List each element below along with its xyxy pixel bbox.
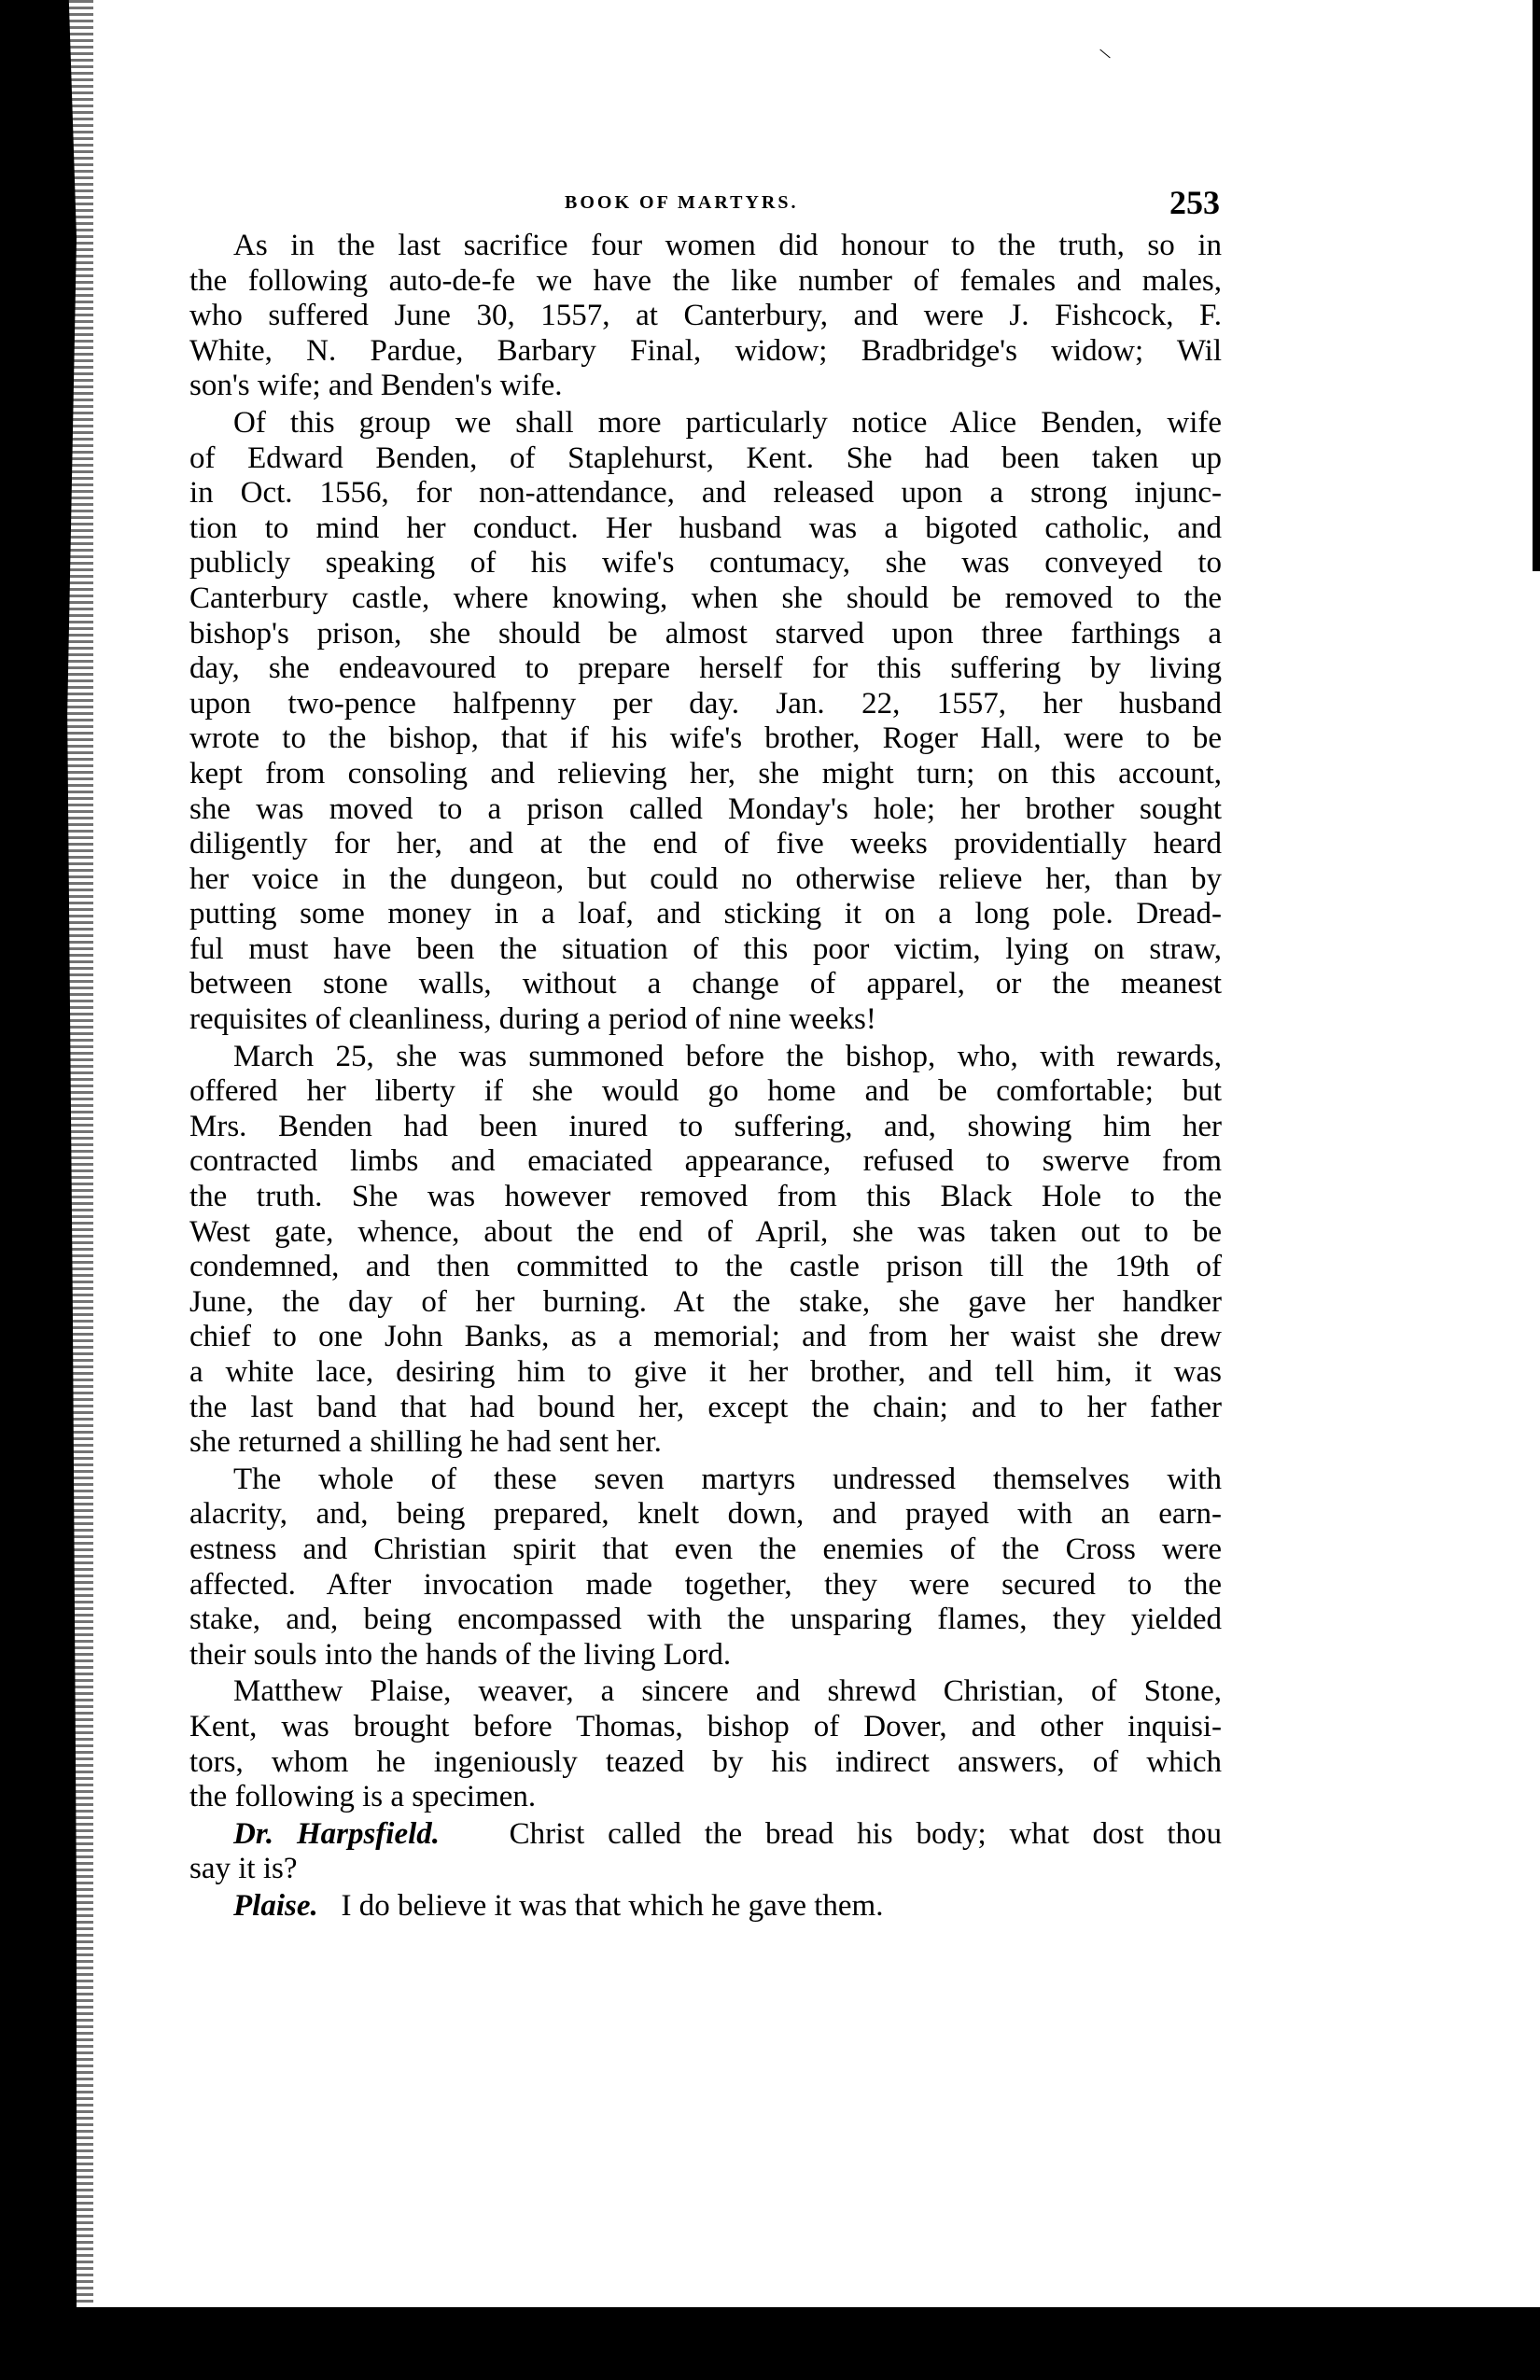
text-line: Plaise. I do believe it was that which h… xyxy=(189,1889,1222,1925)
paragraph-alice-benden: Of this group we shall more particularly… xyxy=(189,406,1222,1038)
text-line: White, N. Pardue, Barbary Final, widow; … xyxy=(189,334,1222,370)
body-text: As in the last sacrifice four women did … xyxy=(189,229,1222,1926)
text-line: diligently for her, and at the end of fi… xyxy=(189,827,1222,862)
text-line: contracted limbs and emaciated appearanc… xyxy=(189,1144,1222,1180)
speech-text: Christ called the bread his body; what d… xyxy=(510,1817,1222,1851)
dialogue-plaise: Plaise. I do believe it was that which h… xyxy=(189,1889,1222,1925)
running-title: BOOK OF MARTYRS. xyxy=(565,192,798,214)
page-edge-shadow-bottom xyxy=(0,2307,1540,2380)
text-line: Mrs. Benden had been inured to suffering… xyxy=(189,1110,1222,1145)
text-line: West gate, whence, about the end of Apri… xyxy=(189,1215,1222,1251)
running-head: BOOK OF MARTYRS. 253 xyxy=(187,183,1223,220)
text-line: who suffered June 30, 1557, at Canterbur… xyxy=(189,299,1222,334)
paragraph-march-25: March 25, she was summoned before the bi… xyxy=(189,1040,1222,1461)
text-line: Of this group we shall more particularly… xyxy=(189,406,1222,441)
text-line: the last band that had bound her, except… xyxy=(189,1391,1222,1426)
text-line: she was moved to a prison called Monday'… xyxy=(189,792,1222,828)
text-line: bishop's prison, she should be almost st… xyxy=(189,617,1222,652)
text-line: alacrity, and, being prepared, knelt dow… xyxy=(189,1497,1222,1533)
text-line: a white lace, desiring him to give it he… xyxy=(189,1355,1222,1391)
text-line: of Edward Benden, of Staplehurst, Kent. … xyxy=(189,441,1222,477)
text-line: stake, and, being encompassed with the u… xyxy=(189,1603,1222,1638)
text-line: offered her liberty if she would go home… xyxy=(189,1074,1222,1110)
text-line: June, the day of her burning. At the sta… xyxy=(189,1285,1222,1321)
text-line: Dr. Harpsfield. Christ called the bread … xyxy=(189,1817,1222,1853)
text-line: Kent, was brought before Thomas, bishop … xyxy=(189,1710,1222,1745)
text-line: tion to mind her conduct. Her husband wa… xyxy=(189,511,1222,547)
text-line: publicly speaking of his wife's contumac… xyxy=(189,546,1222,581)
text-line: Matthew Plaise, weaver, a sincere and sh… xyxy=(189,1674,1222,1710)
text-line: day, she endeavoured to prepare herself … xyxy=(189,651,1222,687)
text-line: the following is a specimen. xyxy=(189,1780,1222,1815)
text-line: in Oct. 1556, for non-attendance, and re… xyxy=(189,476,1222,511)
text-line: say it is? xyxy=(189,1852,1222,1887)
text-line: The whole of these seven martyrs undress… xyxy=(189,1463,1222,1498)
text-line: estness and Christian spirit that even t… xyxy=(189,1533,1222,1568)
text-line: As in the last sacrifice four women did … xyxy=(189,229,1222,264)
text-line: affected. After invocation made together… xyxy=(189,1568,1222,1603)
text-line: March 25, she was summoned before the bi… xyxy=(189,1040,1222,1075)
text-line: wrote to the bishop, that if his wife's … xyxy=(189,721,1222,757)
paragraph-matthew-plaise: Matthew Plaise, weaver, a sincere and sh… xyxy=(189,1674,1222,1814)
text-line: kept from consoling and relieving her, s… xyxy=(189,757,1222,792)
text-line: their souls into the hands of the living… xyxy=(189,1638,1222,1673)
binding-edge-fringe xyxy=(65,0,93,2305)
paragraph-seven-martyrs: The whole of these seven martyrs undress… xyxy=(189,1463,1222,1673)
scan-mark xyxy=(1099,49,1110,59)
text-line: chief to one John Banks, as a memorial; … xyxy=(189,1320,1222,1355)
text-line: condemned, and then committed to the cas… xyxy=(189,1250,1222,1285)
text-line: Canterbury castle, where knowing, when s… xyxy=(189,581,1222,617)
text-line: tors, whom he ingeniously teazed by his … xyxy=(189,1745,1222,1781)
text-line: putting some money in a loaf, and sticki… xyxy=(189,897,1222,932)
text-line: between stone walls, without a change of… xyxy=(189,967,1222,1002)
speaker-name: Dr. Harpsfield. xyxy=(233,1817,440,1851)
text-line: upon two-pence halfpenny per day. Jan. 2… xyxy=(189,687,1222,722)
text-line: requisites of cleanliness, during a peri… xyxy=(189,1002,1222,1038)
speaker-name: Plaise. xyxy=(233,1889,318,1923)
text-line: son's wife; and Benden's wife. xyxy=(189,369,1222,404)
page-number: 253 xyxy=(1169,183,1220,222)
text-line: the following auto-de-fe we have the lik… xyxy=(189,264,1222,300)
paragraph-auto-de-fe: As in the last sacrifice four women did … xyxy=(189,229,1222,404)
text-line: the truth. She was however removed from … xyxy=(189,1180,1222,1215)
dialogue-harpsfield: Dr. Harpsfield. Christ called the bread … xyxy=(189,1817,1222,1887)
page-edge-shadow-right xyxy=(1533,0,1540,571)
speech-text: I do believe it was that which he gave t… xyxy=(341,1889,883,1923)
text-line: her voice in the dungeon, but could no o… xyxy=(189,862,1222,898)
text-line: she returned a shilling he had sent her. xyxy=(189,1425,1222,1461)
text-line: ful must have been the situation of this… xyxy=(189,932,1222,968)
